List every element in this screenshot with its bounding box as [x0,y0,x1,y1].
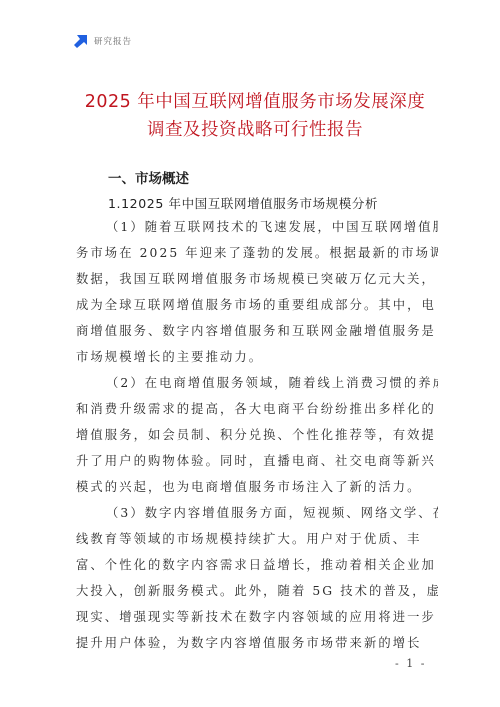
paragraph-line: 数据，我国互联网增值服务市场规模已突破万亿元大关， [76,266,438,292]
paragraph-line: 市场规模增长的主要推动力。 [76,344,438,370]
paragraph-line: 现实、增强现实等新技术在数字内容领域的应用将进一步 [76,604,438,630]
paragraph-line: （2）在电商增值服务领域，随着线上消费习惯的养成 [76,370,438,396]
section-heading: 一、市场概述 [108,167,189,187]
title-line-2: 调查及投资战略可行性报告 [60,116,450,144]
sub-heading: 1.12025 年中国互联网增值服务市场规模分析 [108,194,378,212]
document-title: 2025 年中国互联网增值服务市场发展深度 调查及投资战略可行性报告 [60,88,450,144]
body-text: （1）随着互联网技术的飞速发展，中国互联网增值服 务市场在 2025 年迎来了蓬… [76,214,438,656]
paragraph-line: 模式的兴起，也为电商增值服务市场注入了新的活力。 [76,474,438,500]
paragraph-line: 务市场在 2025 年迎来了蓬勃的发展。根据最新的市场调研 [76,240,438,266]
paragraph-line: 商增值服务、数字内容增值服务和互联网金融增值服务是 [76,318,438,344]
paragraph-line: 和消费升级需求的提高，各大电商平台纷纷推出多样化的 [76,396,438,422]
header-label: 研究报告 [94,35,132,47]
paragraph-line: 增值服务，如会员制、积分兑换、个性化推荐等，有效提 [76,422,438,448]
paragraph-line: 富、个性化的数字内容需求日益增长，推动着相关企业加 [76,552,438,578]
page-header: 研究报告 [74,34,132,48]
paragraph-line: 成为全球互联网增值服务市场的重要组成部分。其中，电 [76,292,438,318]
paragraph-line: 升了用户的购物体验。同时，直播电商、社交电商等新兴 [76,448,438,474]
paragraph-line: 大投入，创新服务模式。此外，随着 5G 技术的普及，虚拟 [76,578,438,604]
paragraph-line: （3）数字内容增值服务方面，短视频、网络文学、在 [76,500,438,526]
paragraph-line: 线教育等领域的市场规模持续扩大。用户对于优质、丰 [76,526,438,552]
arrow-up-right-icon [74,34,88,48]
title-line-1: 2025 年中国互联网增值服务市场发展深度 [60,88,450,116]
paragraph-line: 提升用户体验，为数字内容增值服务市场带来新的增长 [76,630,438,656]
paragraph-line: （1）随着互联网技术的飞速发展，中国互联网增值服 [76,214,438,240]
page-number: - 1 - [395,657,426,670]
